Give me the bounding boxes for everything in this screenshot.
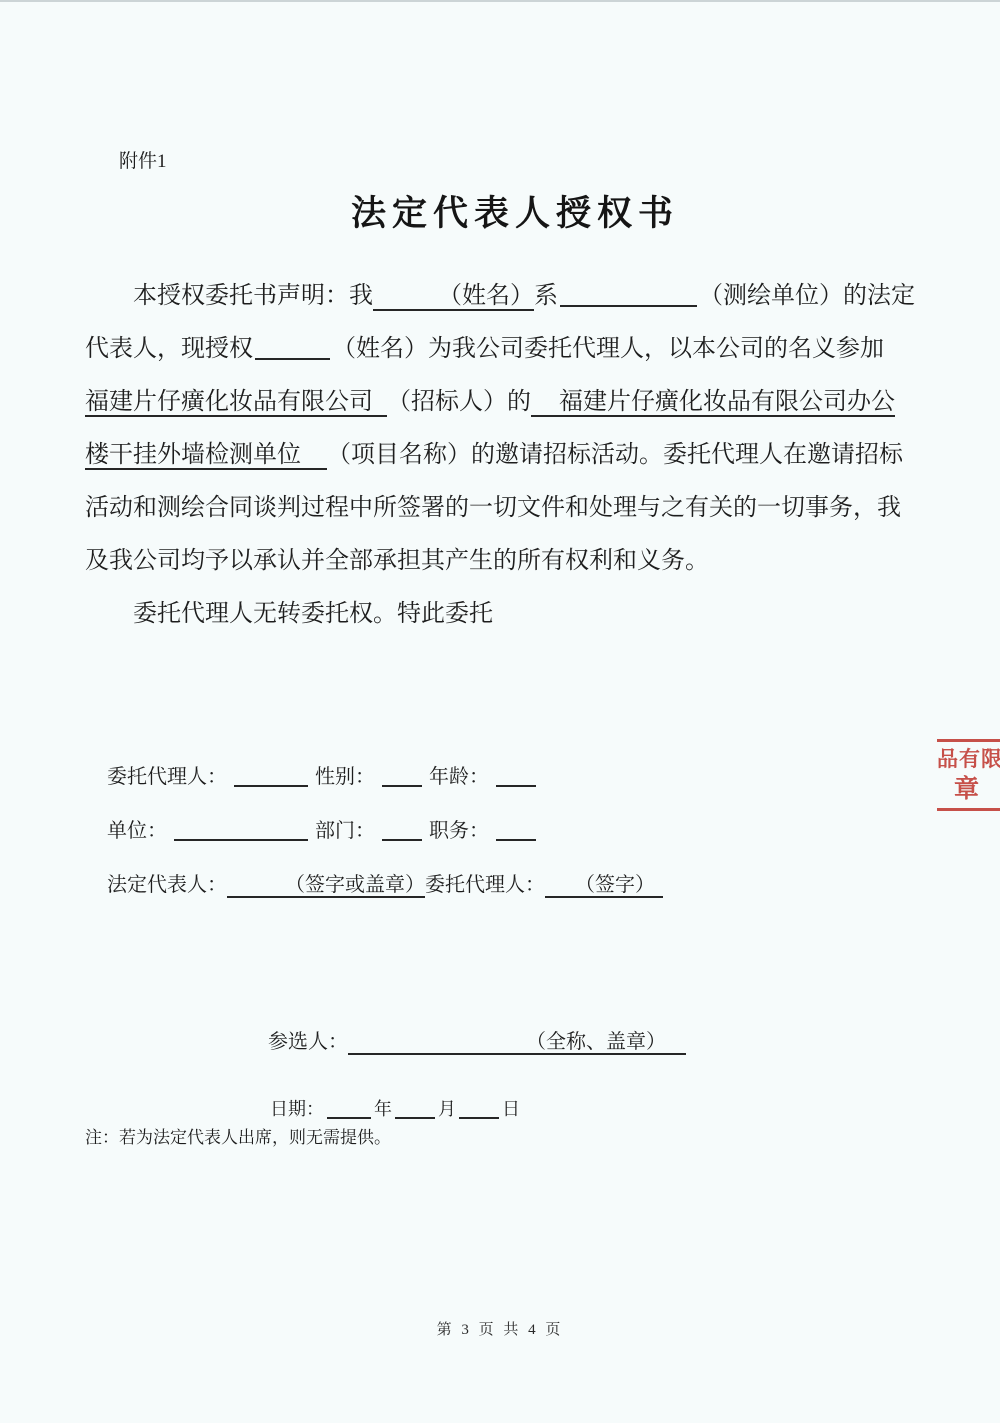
text-segment: （招标人）的 — [387, 389, 531, 415]
unit-blank — [174, 837, 308, 841]
legal-rep-label: 法定代表人： — [107, 874, 227, 896]
age-label: 年龄： — [429, 766, 489, 788]
position-blank — [496, 837, 536, 841]
blank-field — [227, 890, 285, 891]
declaration-line-5: 活动和测绘合同谈判过程中所签署的一切文件和处理与之有关的一切事务，我 — [85, 482, 930, 535]
blank-field — [301, 461, 327, 462]
declaration-line-7: 委托代理人无转委托权。特此委托 — [85, 588, 930, 641]
legal-rep-sign-blank: （签字或盖章） — [227, 874, 425, 898]
stamp-text-row2: 章 — [937, 775, 1000, 803]
blank-field — [655, 890, 663, 891]
age-blank — [496, 783, 536, 787]
text-segment: 代表人，现授权 — [85, 336, 253, 362]
blank-field — [373, 302, 438, 303]
year-blank — [327, 1115, 371, 1119]
sign-or-seal-hint: （签字或盖章） — [285, 874, 425, 896]
project-name-underlined: 楼干挂外墙检测单位 — [85, 442, 327, 470]
text-segment: 系 — [534, 283, 558, 309]
participant-label: 参选人： — [268, 1031, 348, 1053]
declaration-line-6: 及我公司均予以承认并全部承担其产生的所有权利和义务。 — [85, 535, 930, 588]
text-segment: （测绘单位）的法定 — [699, 283, 915, 309]
blank-field — [545, 890, 575, 891]
document-page: 附件1 法定代表人授权书 本授权委托书声明：我（姓名）系（测绘单位）的法定 代表… — [0, 0, 1000, 1423]
page-number: 第 3 页 共 4 页 — [437, 1322, 564, 1338]
agent-name-blank-field — [255, 356, 330, 360]
stamp-text-row1: 品有限公 — [937, 742, 1000, 775]
blank-field — [373, 408, 387, 409]
scan-edge — [0, 0, 1000, 2]
department-label: 部门： — [315, 820, 375, 842]
text-segment: （姓名）为我公司委托代理人，以本公司的名义参加 — [332, 336, 884, 362]
date-label: 日期： — [270, 1099, 324, 1119]
form-row-agent-info: 委托代理人：性别：年龄： — [107, 750, 663, 804]
note-line: 注：若为法定代表人出席，则无需提供。 — [85, 1124, 391, 1152]
project-name-underlined: 福建片仔癀化妆品有限公司办公 — [531, 389, 895, 417]
attachment-label: 附件1 — [119, 150, 167, 174]
form-row-signatures: 法定代表人：（签字或盖章）委托代理人：（签字） — [107, 858, 663, 912]
declaration-line-2: 代表人，现授权（姓名）为我公司委托代理人，以本公司的名义参加 — [85, 323, 930, 376]
month-blank — [395, 1115, 435, 1119]
sign-hint: （签字） — [575, 874, 655, 896]
project-name-part2: 楼干挂外墙检测单位 — [85, 442, 301, 468]
unit-blank-field — [560, 303, 697, 307]
department-blank — [382, 837, 422, 841]
month-label: 月 — [438, 1099, 456, 1119]
name-hint: （姓名） — [438, 283, 534, 309]
tenderer-name-underlined: 福建片仔癀化妆品有限公司 — [85, 389, 387, 417]
gender-label: 性别： — [315, 766, 375, 788]
unit-label: 单位： — [107, 820, 167, 842]
blank-field — [666, 1047, 686, 1048]
blank-field — [531, 408, 559, 409]
position-label: 职务： — [429, 820, 489, 842]
year-label: 年 — [374, 1099, 392, 1119]
participant-hint: （全称、盖章） — [526, 1031, 666, 1053]
blank-field — [348, 1047, 526, 1048]
declaration-line-4: 楼干挂外墙检测单位（项目名称）的邀请招标活动。委托代理人在邀请招标 — [85, 429, 930, 482]
day-blank — [459, 1115, 499, 1119]
name-blank-field: （姓名） — [373, 283, 534, 311]
participant-line: 参选人：（全称、盖章） — [268, 1018, 686, 1066]
stamp-border: 品有限公 章 — [937, 739, 1000, 811]
day-label: 日 — [502, 1099, 520, 1119]
agent-name-blank — [234, 783, 308, 787]
declaration-paragraph: 本授权委托书声明：我（姓名）系（测绘单位）的法定 代表人，现授权（姓名）为我公司… — [85, 270, 930, 641]
declaration-line-3: 福建片仔癀化妆品有限公司（招标人）的福建片仔癀化妆品有限公司办公 — [85, 376, 930, 429]
project-name-part1: 福建片仔癀化妆品有限公司办公 — [559, 389, 895, 415]
agent-sign-label: 委托代理人： — [425, 874, 545, 896]
document-title: 法定代表人授权书 — [0, 186, 1000, 236]
text-segment: （项目名称）的邀请招标活动。委托代理人在邀请招标 — [327, 442, 903, 468]
page-footer: 第 3 页 共 4 页 — [0, 1318, 1000, 1339]
text-segment: 本授权委托书声明：我 — [133, 283, 373, 309]
date-line: 日期：年月日 — [270, 1094, 520, 1124]
participant-blank: （全称、盖章） — [348, 1031, 686, 1055]
company-name: 福建片仔癀化妆品有限公司 — [85, 389, 373, 415]
gender-blank — [382, 783, 422, 787]
agent-sign-blank: （签字） — [545, 874, 663, 898]
declaration-line-1: 本授权委托书声明：我（姓名）系（测绘单位）的法定 — [85, 270, 930, 323]
company-stamp: 品有限公 章 — [937, 739, 1000, 815]
agent-label: 委托代理人： — [107, 766, 227, 788]
form-row-unit-info: 单位：部门：职务： — [107, 804, 663, 858]
form-section: 委托代理人：性别：年龄： 单位：部门：职务： 法定代表人：（签字或盖章）委托代理… — [107, 750, 663, 912]
